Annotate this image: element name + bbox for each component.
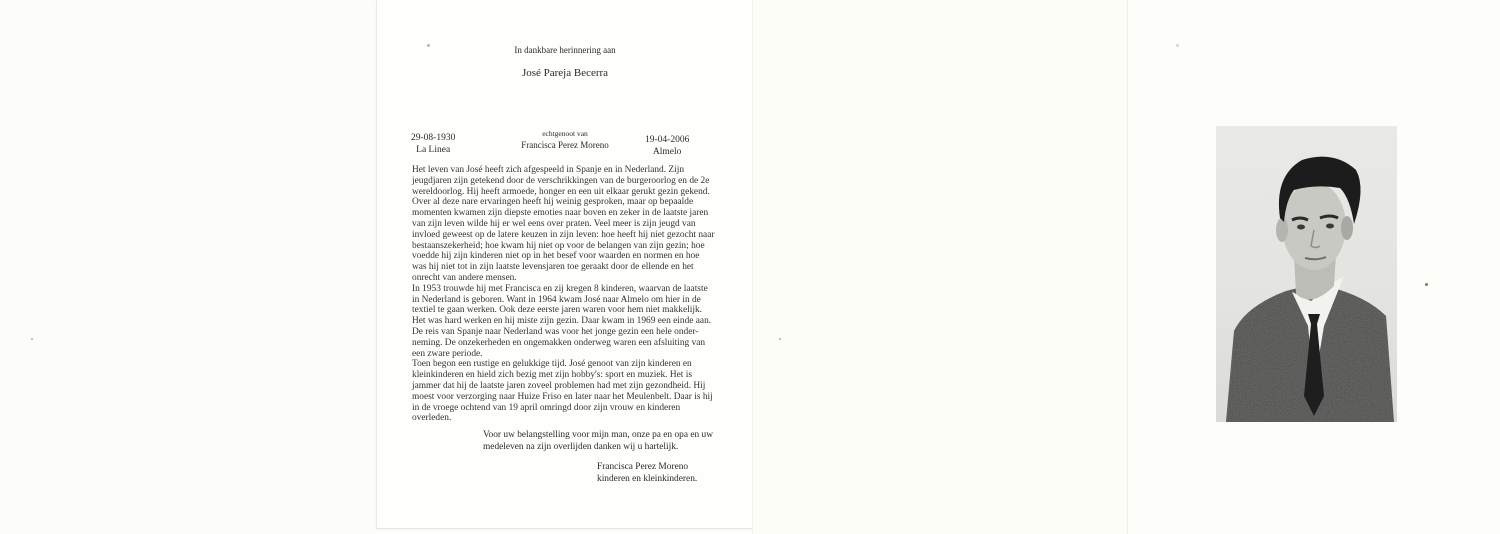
death-place: Almelo bbox=[645, 146, 689, 158]
biography-paragraph: In 1953 trouwde hij met Francisca en zij… bbox=[412, 284, 737, 360]
birth-info: 29-08-1930 La Linea bbox=[411, 132, 455, 156]
birth-date: 29-08-1930 bbox=[411, 132, 455, 144]
fold-line bbox=[752, 0, 753, 534]
signature-line: Francisca Perez Moreno bbox=[597, 462, 747, 474]
birth-place: La Linea bbox=[411, 144, 455, 156]
signature: Francisca Perez Moreno kinderen en klein… bbox=[597, 462, 747, 485]
paper-speck bbox=[31, 338, 33, 340]
paper-speck bbox=[779, 338, 781, 340]
portrait-photo-icon bbox=[1216, 126, 1397, 422]
deceased-name: José Pareja Becerra bbox=[377, 67, 753, 79]
portrait-silhouette-icon bbox=[1216, 126, 1397, 422]
paper-speck bbox=[1425, 283, 1428, 286]
death-date: 19-04-2006 bbox=[645, 134, 689, 146]
biography-text: Het leven van José heeft zich afgespeeld… bbox=[412, 165, 737, 424]
paper-speck bbox=[427, 44, 430, 47]
card-panel-text: In dankbare herinnering aan José Pareja … bbox=[376, 0, 753, 529]
closing-thanks: Voor uw belangstelling voor mijn man, on… bbox=[483, 430, 743, 453]
paper-speck bbox=[1176, 44, 1179, 47]
card-panel-inner-blank bbox=[753, 0, 1127, 534]
signature-line: kinderen en kleinkinderen. bbox=[597, 474, 747, 486]
biography-paragraph: Toen begon een rustige en gelukkige tijd… bbox=[412, 359, 737, 424]
death-info: 19-04-2006 Almelo bbox=[645, 134, 689, 158]
intro-text: In dankbare herinnering aan bbox=[377, 45, 753, 55]
card-panel-left-blank bbox=[0, 0, 376, 534]
biography-paragraph: Het leven van José heeft zich afgespeeld… bbox=[412, 165, 737, 284]
